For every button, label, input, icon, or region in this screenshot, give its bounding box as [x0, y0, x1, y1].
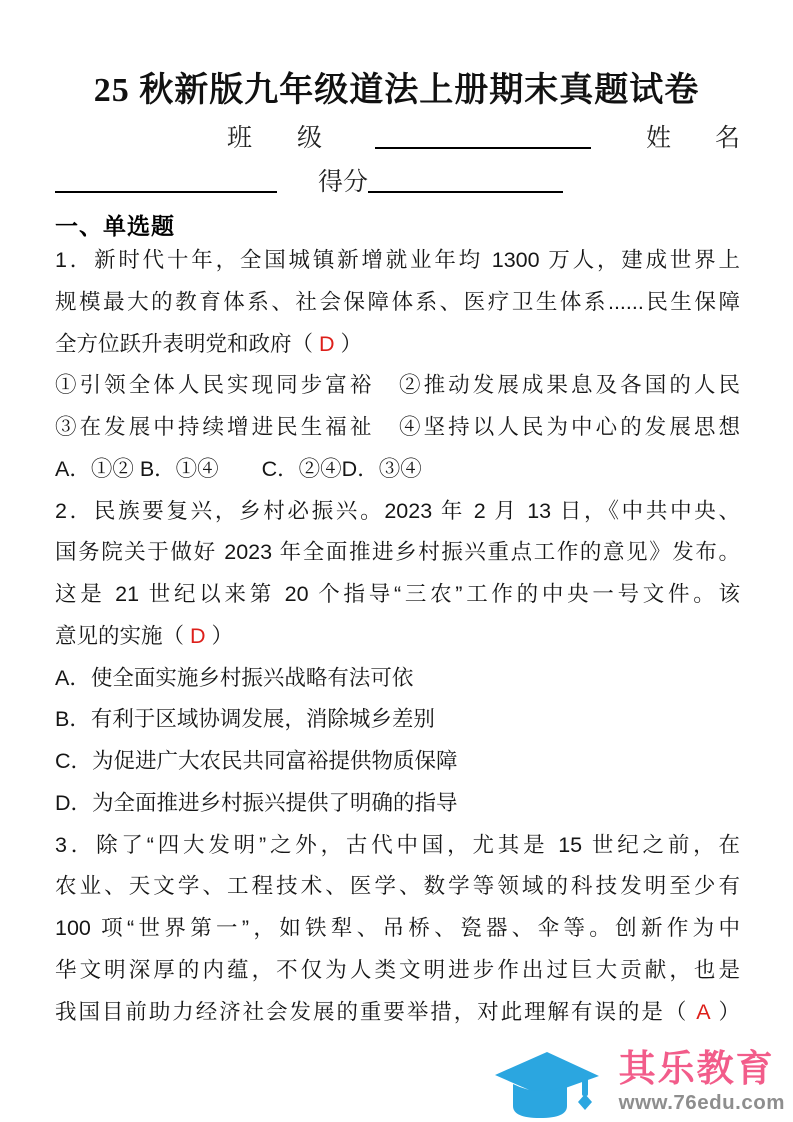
score-label: 得分: [318, 168, 368, 198]
text-line: 意见的实施（ D ）: [55, 616, 740, 658]
brand-name: 其乐教育: [619, 1047, 775, 1091]
line-text: 规模最大的教育体系、社会保障体系、医疗卫生体系......民生保障: [55, 290, 740, 314]
text-line: C．为促进广大农民共同富裕提供物质保障: [55, 741, 740, 783]
text-line: 这是 21 世纪以来第 20 个指导“三农”工作的中央一号文件。该: [55, 574, 740, 616]
line-text: ）: [206, 624, 233, 648]
text-line: 全方位跃升表明党和政府（ D ）: [55, 324, 740, 366]
line-text: 农业、天文学、工程技术、医学、数学等领域的科技发明至少有: [55, 874, 740, 898]
page-title: 25 秋新版九年级道法上册期末真题试卷: [0, 62, 793, 111]
line-text: ①引领全体人民实现同步富裕 ②推动发展成果息及各国的人民: [55, 373, 740, 397]
line-text: 1．新时代十年，全国城镇新增就业年均 1300 万人，建成世界上: [55, 248, 740, 272]
brand-logo: 其乐教育 www.76edu.com: [475, 1042, 785, 1120]
text-line: 2．民族要复兴，乡村必振兴。2023 年 2 月 13 日，《中共中央、: [55, 491, 740, 533]
line-text: D．为全面推进乡村振兴提供了明确的指导: [55, 791, 458, 815]
line-text: ）: [335, 332, 362, 356]
answer-letter: D: [319, 332, 335, 356]
line-text: C．为促进广大农民共同富裕提供物质保障: [55, 749, 458, 773]
line-text: ③在发展中持续增进民生福祉 ④坚持以人民为中心的发展思想: [55, 415, 740, 439]
line-text: 国务院关于做好 2023 年全面推进乡村振兴重点工作的意见》发布。: [55, 540, 740, 564]
name-blank-line: [55, 189, 277, 193]
question-lines: 1．新时代十年，全国城镇新增就业年均 1300 万人，建成世界上规模最大的教育体…: [55, 240, 740, 1033]
line-text: A．使全面实施乡村振兴战略有法可依: [55, 666, 413, 690]
answer-letter: D: [190, 624, 206, 648]
line-text: 这是 21 世纪以来第 20 个指导“三农”工作的中央一号文件。该: [55, 582, 740, 606]
score-blank-line: [368, 189, 563, 193]
answer-letter: A: [696, 1000, 710, 1024]
text-line: 规模最大的教育体系、社会保障体系、医疗卫生体系......民生保障: [55, 282, 740, 324]
text-line: 3．除了“四大发明”之外，古代中国，尤其是 15 世纪之前，在: [55, 825, 740, 867]
text-line: 华文明深厚的内蕴，不仅为人类文明进步作出过巨大贡献，也是: [55, 950, 740, 992]
text-line: B．有利于区域协调发展，消除城乡差别: [55, 699, 740, 741]
graduation-cap-icon: [475, 1042, 615, 1120]
text-line: 100 项“世界第一”，如铁犁、吊桥、瓷器、伞等。创新作为中: [55, 908, 740, 950]
exam-paper-page: 25 秋新版九年级道法上册期末真题试卷 班 级 姓 名 得分 一、单选题 1．新…: [0, 0, 793, 1122]
line-text: 我国目前助力经济社会发展的重要举措，对此理解有误的是（: [55, 1000, 696, 1024]
line-text: 华文明深厚的内蕴，不仅为人类文明进步作出过巨大贡献，也是: [55, 958, 740, 982]
text-line: 我国目前助力经济社会发展的重要举措，对此理解有误的是（ A ）: [55, 992, 740, 1034]
class-label-2: 级: [297, 124, 322, 154]
line-text: B．有利于区域协调发展，消除城乡差别: [55, 707, 435, 731]
line-text: ）: [711, 1000, 740, 1024]
name-label-1: 姓: [646, 124, 671, 154]
class-label-1: 班: [227, 124, 252, 154]
line-text: 2．民族要复兴，乡村必振兴。2023 年 2 月 13 日，《中共中央、: [55, 499, 740, 523]
text-line: A．①② B．①④ C．②④D．③④: [55, 449, 740, 491]
header-row-class-name: 班 级 姓 名: [55, 124, 740, 154]
line-text: 3．除了“四大发明”之外，古代中国，尤其是 15 世纪之前，在: [55, 833, 740, 857]
text-line: ①引领全体人民实现同步富裕 ②推动发展成果息及各国的人民: [55, 365, 740, 407]
line-text: A．①② B．①④ C．②④D．③④: [55, 457, 422, 481]
line-text: 100 项“世界第一”，如铁犁、吊桥、瓷器、伞等。创新作为中: [55, 916, 740, 940]
text-line: 国务院关于做好 2023 年全面推进乡村振兴重点工作的意见》发布。: [55, 532, 740, 574]
text-line: ③在发展中持续增进民生福祉 ④坚持以人民为中心的发展思想: [55, 407, 740, 449]
brand-text-block: 其乐教育 www.76edu.com: [619, 1047, 785, 1115]
header-row-score: 得分: [55, 168, 740, 198]
text-line: 农业、天文学、工程技术、医学、数学等领域的科技发明至少有: [55, 866, 740, 908]
text-line: 1．新时代十年，全国城镇新增就业年均 1300 万人，建成世界上: [55, 240, 740, 282]
name-label-2: 名: [715, 124, 740, 154]
class-blank-line: [375, 145, 591, 149]
line-text: 全方位跃升表明党和政府（: [55, 332, 319, 356]
text-line: D．为全面推进乡村振兴提供了明确的指导: [55, 783, 740, 825]
text-line: A．使全面实施乡村振兴战略有法可依: [55, 658, 740, 700]
section-heading-single-choice: 一、单选题: [55, 208, 175, 241]
brand-website: www.76edu.com: [619, 1091, 785, 1115]
line-text: 意见的实施（: [55, 624, 190, 648]
